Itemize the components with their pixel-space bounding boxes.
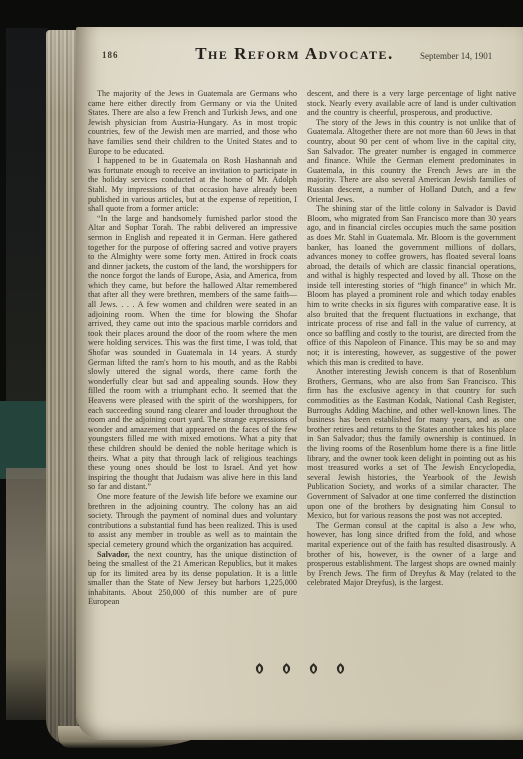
paragraph: The majority of the Jews in Guatemala ar… [88, 89, 297, 156]
article-body: The majority of the Jews in Guatemala ar… [88, 89, 523, 607]
paragraph: The story of the Jews in this country is… [307, 118, 516, 204]
fleuron-icon [336, 663, 345, 674]
book-page-edges [46, 30, 78, 746]
book-spine-lower [6, 468, 48, 720]
paragraph: I happened to be in Guatemala on Rosh Ha… [88, 156, 297, 214]
scanned-page: 186 The Reform Advocate. September 14, 1… [76, 27, 523, 740]
paragraph: One more feature of the Jewish life befo… [88, 492, 297, 550]
right-column: descent, and there is a very large perce… [307, 89, 516, 607]
paragraph: Another interesting Jewish concern is th… [307, 367, 516, 521]
fleuron-icon [282, 663, 291, 674]
paragraph: “In the large and handsomely furnished p… [88, 214, 297, 492]
paragraph: Salvador, the next country, has the uniq… [88, 550, 297, 608]
paragraph: The German consul at the capital is also… [307, 521, 516, 588]
book-spine-upper [6, 28, 48, 401]
issue-date: September 14, 1901 [420, 51, 492, 61]
fleuron-icon [309, 663, 318, 674]
paragraph: The shining star of the little colony in… [307, 204, 516, 367]
paragraph: descent, and there is a very large perce… [307, 89, 516, 118]
ornament-row [76, 663, 523, 674]
left-column: The majority of the Jews in Guatemala ar… [88, 89, 297, 607]
paragraph-lead: Salvador, [97, 550, 130, 559]
fleuron-icon [255, 663, 264, 674]
